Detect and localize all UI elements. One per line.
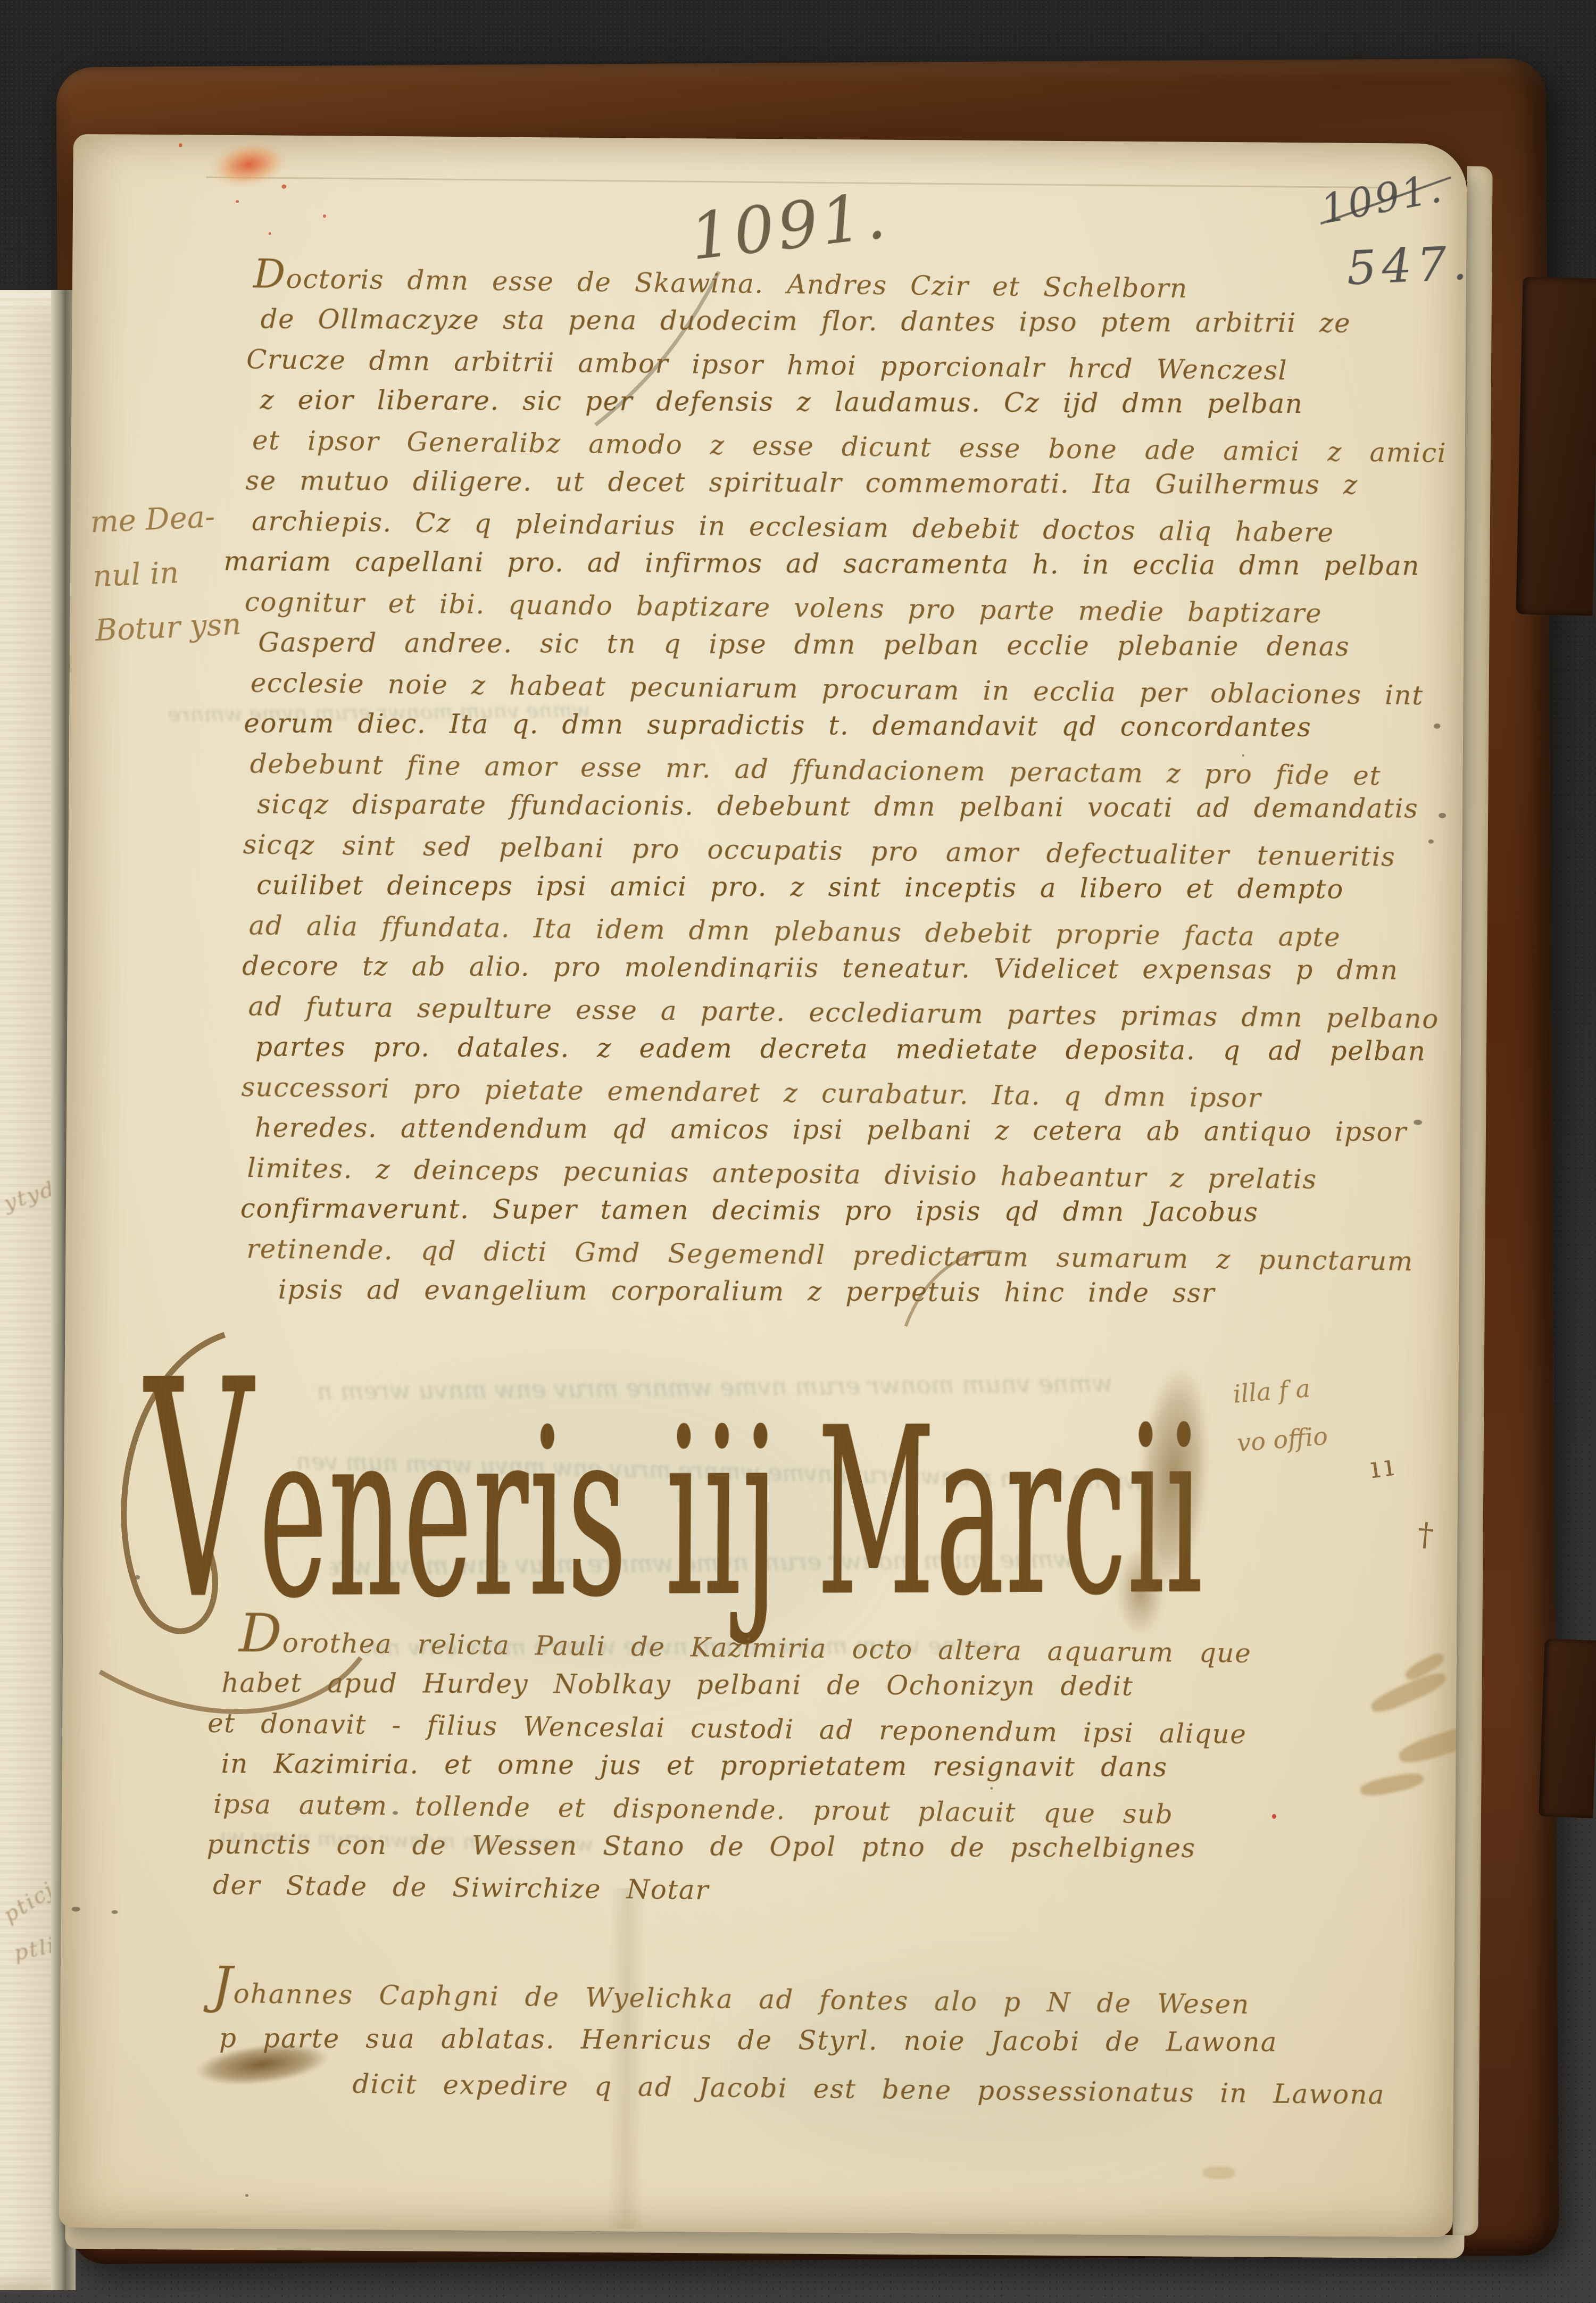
margin-note-line: nul in [92, 543, 240, 604]
entry-text-block-first: Doctoris dmn esse de Skawina. Andres Czi… [246, 253, 1451, 1318]
brown-smudge [1203, 2166, 1235, 2179]
red-speck [179, 143, 182, 147]
side-note-line: vo offio [1235, 1411, 1330, 1467]
manuscript-line: eorum diec. Ita q. dmn supradictis t. de… [244, 703, 1447, 748]
page-surface: wmne vnum monwr erum nvme wmnre mruv enw… [59, 134, 1467, 2237]
manuscript-line: sicqz disparate ffundacionis. debebunt d… [257, 784, 1447, 829]
facing-page-edge: ytyd pticj ptli [0, 290, 51, 2290]
red-speck [236, 200, 239, 203]
wormhole [135, 1575, 140, 1579]
red-speck [323, 214, 326, 218]
edge-text-fragment: pticj [0, 1877, 59, 1927]
manuscript-line: ipsis ad evangelium corporalium z perpet… [278, 1269, 1443, 1314]
manuscript-line: confirmaverunt. Super tamen decimis pro … [240, 1188, 1444, 1233]
manuscript-line: dicit expedire q ad Jacobi est bene poss… [352, 2061, 1409, 2117]
ink-speck [245, 2194, 248, 2197]
manuscript-line: z eior liberare. sic per defensis z laud… [260, 379, 1449, 425]
leather-strap-top [1516, 277, 1596, 616]
margin-cross-mark: † [1416, 1516, 1435, 1554]
red-speck [281, 185, 286, 189]
manuscript-page: wmne vnum monwr erum nvme wmnre mruv enw… [59, 134, 1493, 2259]
margin-tick-marks: ıı [1368, 1448, 1400, 1485]
manuscript-line: Gasperd andree. sic tn q ipse dmn pelban… [258, 622, 1448, 667]
edge-text-fragment: ytyd [1, 1176, 58, 1216]
red-wax-stain [205, 135, 292, 194]
manuscript-line: der Stade de Siwirchize Notar [213, 1865, 1384, 1918]
section-heading-veneris: Veneris iij Marcii [144, 1313, 1205, 1666]
entry-text-block-dorothea: Dorothea relicta Pauli de Kazimiria octo… [213, 1613, 1385, 1913]
wormhole [112, 1910, 118, 1914]
manuscript-line: habet apud Hurdey Noblkay pelbani de Och… [222, 1662, 1385, 1707]
paper-crease [206, 177, 1382, 188]
entry-text-block-johannes: Johannes Caphgni de Wyelichka ad fontes … [211, 1963, 1409, 2114]
manuscript-photo: ytyd pticj ptli wmne vnum monwr erum nvm… [0, 0, 1596, 2303]
manuscript-line: decore tz ab alio. pro molendinariis ten… [242, 945, 1445, 991]
manuscript-line: cuilibet deinceps ipsi amici pro. z sint… [256, 864, 1446, 910]
margin-note-line: me Dea- [89, 489, 237, 550]
manuscript-line: de Ollmaczyze sta pena duodecim flor. da… [260, 298, 1450, 344]
wormhole [72, 1907, 80, 1911]
manuscript-line: punctis con de Wessen Stano de Opol ptno… [206, 1824, 1383, 1869]
manuscript-line: se mutuo diligere. ut decet spiritualr c… [245, 460, 1449, 505]
manuscript-line: partes pro. datales. z eadem decreta med… [255, 1026, 1445, 1071]
heading-side-note: illa f a vo offio [1231, 1362, 1329, 1467]
leather-strap-bottom [1539, 1639, 1596, 1818]
manuscript-line: in Kazimiria. et omne jus et proprietate… [221, 1743, 1384, 1788]
margin-note: me Dea- nul in Botur ysn [89, 489, 242, 658]
side-note-line: illa f a [1231, 1362, 1326, 1418]
manuscript-line: heredes. attendendum qd amicos ipsi pelb… [255, 1107, 1444, 1152]
manuscript-line: p parte sua ablatas. Henricus de Styrl. … [219, 2016, 1409, 2065]
folio-number-pencil-struck: 1091. [1317, 165, 1447, 233]
manuscript-line: mariam capellani pro. ad infirmos ad sac… [223, 541, 1448, 586]
margin-note-line: Botur ysn [94, 597, 243, 658]
red-speck [269, 232, 271, 235]
